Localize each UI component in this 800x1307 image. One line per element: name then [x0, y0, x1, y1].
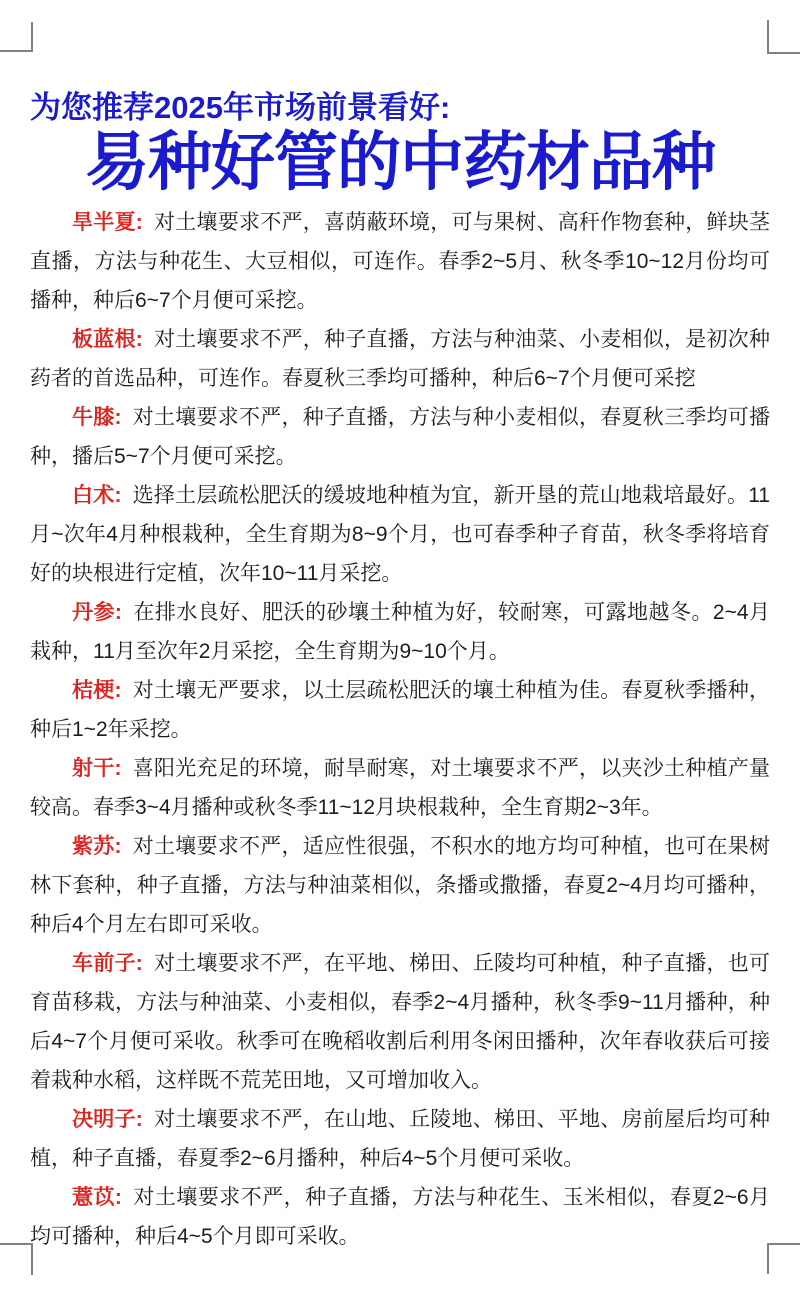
herb-name: 牛膝: [72, 406, 122, 429]
herb-description: 对土壤要求不严，种子直播，方法与种小麦相似，春夏秋三季均可播种，播后5~7个月便… [30, 406, 770, 468]
herb-paragraph: 丹参:在排水良好、肥沃的砂壤土种植为好，较耐寒，可露地越冬。2~4月栽种，11月… [30, 593, 770, 671]
herb-paragraph: 白术:选择土层疏松肥沃的缓坡地种植为宜，新开垦的荒山地栽培最好。11月~次年4月… [30, 476, 770, 593]
herb-name: 旱半夏: [72, 211, 143, 234]
herb-name: 射干: [72, 757, 122, 780]
crop-mark-bottom-left [0, 1243, 33, 1275]
herb-description: 对土壤无严要求，以土层疏松肥沃的壤土种植为佳。春夏秋季播种，种后1~2年采挖。 [30, 679, 770, 741]
herb-paragraph: 旱半夏:对土壤要求不严，喜荫蔽环境，可与果树、高秆作物套种，鲜块茎直播，方法与种… [30, 203, 770, 320]
herb-description: 在排水良好、肥沃的砂壤土种植为好，较耐寒，可露地越冬。2~4月栽种，11月至次年… [30, 601, 770, 663]
herb-name: 丹参: [72, 601, 122, 624]
page-title: 易种好管的中药材品种 [0, 127, 800, 197]
herb-paragraph: 决明子:对土壤要求不严，在山地、丘陵地、梯田、平地、房前屋后均可种植，种子直播，… [30, 1100, 770, 1178]
herb-description: 选择土层疏松肥沃的缓坡地种植为宜，新开垦的荒山地栽培最好。11月~次年4月种根栽… [30, 484, 770, 585]
herb-paragraph: 牛膝:对土壤要求不严，种子直播，方法与种小麦相似，春夏秋三季均可播种，播后5~7… [30, 398, 770, 476]
herb-paragraph: 车前子:对土壤要求不严，在平地、梯田、丘陵均可种植，种子直播，也可育苗移栽，方法… [30, 944, 770, 1100]
herb-name: 薏苡: [72, 1186, 122, 1209]
herb-paragraph: 板蓝根:对土壤要求不严，种子直播，方法与种油菜、小麦相似，是初次种药者的首选品种… [30, 320, 770, 398]
herb-description: 对土壤要求不严，适应性很强，不积水的地方均可种植，也可在果树林下套种，种子直播，… [30, 835, 770, 936]
herb-name: 车前子: [72, 952, 143, 975]
herb-list: 旱半夏:对土壤要求不严，喜荫蔽环境，可与果树、高秆作物套种，鲜块茎直播，方法与种… [30, 203, 770, 1256]
document-page: 为您推荐2025年市场前景看好: 易种好管的中药材品种 旱半夏:对土壤要求不严，… [0, 0, 800, 1307]
herb-name: 决明子: [72, 1108, 143, 1131]
herb-paragraph: 桔梗:对土壤无严要求，以土层疏松肥沃的壤土种植为佳。春夏秋季播种，种后1~2年采… [30, 671, 770, 749]
herb-description: 喜阳光充足的环境，耐旱耐寒，对土壤要求不严，以夹沙土种植产量较高。春季3~4月播… [30, 757, 770, 819]
herb-name: 白术: [72, 484, 121, 507]
crop-mark-top-left [0, 22, 33, 52]
kicker-heading: 为您推荐2025年市场前景看好: [30, 82, 450, 127]
herb-name: 板蓝根: [72, 328, 143, 351]
herb-name: 桔梗: [72, 679, 122, 702]
herb-paragraph: 紫苏:对土壤要求不严，适应性很强，不积水的地方均可种植，也可在果树林下套种，种子… [30, 827, 770, 944]
herb-paragraph: 薏苡:对土壤要求不严，种子直播，方法与种花生、玉米相似，春夏2~6月均可播种，种… [30, 1178, 770, 1256]
crop-mark-bottom-right [767, 1243, 800, 1274]
herb-paragraph: 射干:喜阳光充足的环境，耐旱耐寒，对土壤要求不严，以夹沙土种植产量较高。春季3~… [30, 749, 770, 827]
herb-name: 紫苏: [72, 835, 122, 858]
herb-description: 对土壤要求不严，种子直播，方法与种花生、玉米相似，春夏2~6月均可播种，种后4~… [30, 1186, 770, 1248]
crop-mark-top-right [767, 20, 800, 54]
